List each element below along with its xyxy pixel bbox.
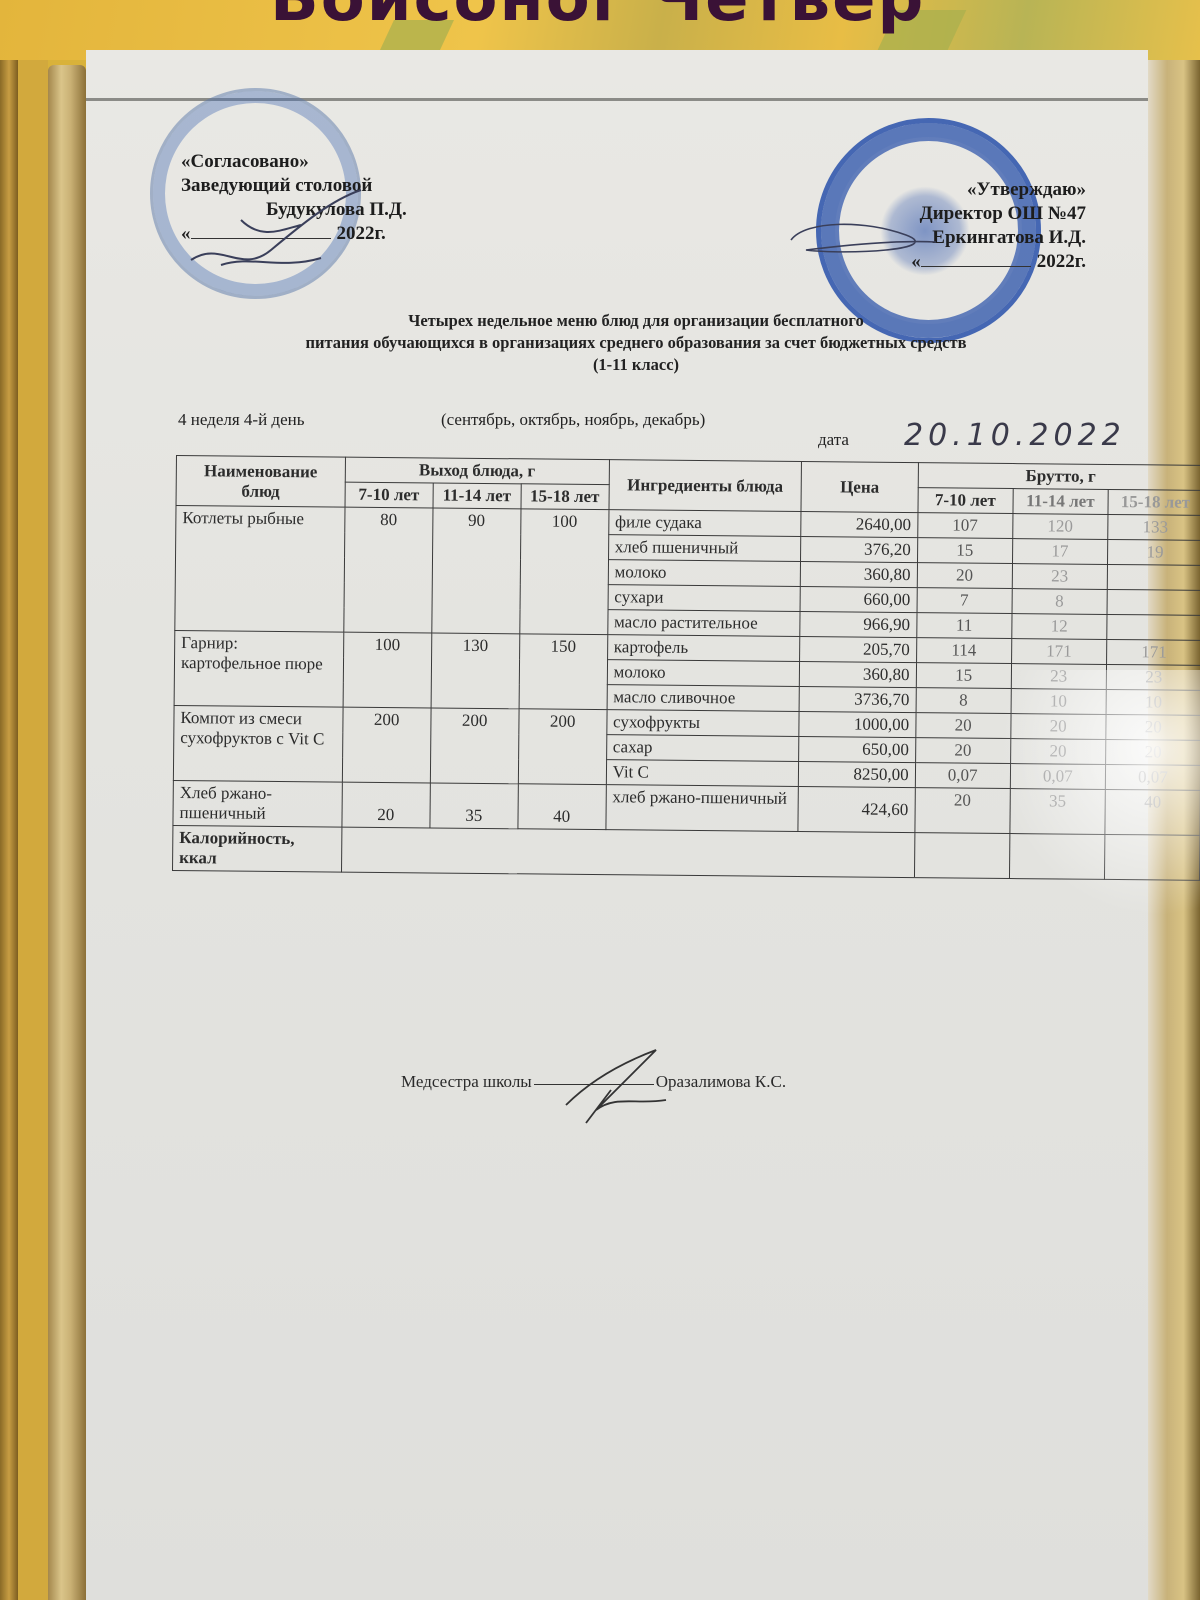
date-year: 2022г. <box>1037 251 1086 272</box>
document-title: Четырех недельное меню блюд для организа… <box>186 310 1086 376</box>
ingredient-name: масло растительное <box>607 610 800 637</box>
ingredient-price: 8250,00 <box>799 761 916 787</box>
ingredient-brutto-value <box>1107 589 1200 615</box>
calorie-7-10 <box>914 833 1010 879</box>
ingredient-brutto-value: 0,07 <box>1105 764 1200 790</box>
ingredient-price: 1000,00 <box>799 711 916 737</box>
ingredient-name: картофель <box>607 635 800 662</box>
ingredient-brutto-value: 107 <box>917 513 1012 539</box>
header-ingredients: Ингредиенты блюда <box>609 460 802 512</box>
header-brutto-11-14: 11-14 лет <box>1013 489 1108 515</box>
header-output-7-10: 7-10 лет <box>345 482 433 508</box>
calorie-label: Калорийность, ккал <box>173 825 342 872</box>
ingredient-brutto-value: 11 <box>916 613 1011 639</box>
ingredient-brutto-value: 40 <box>1105 789 1200 835</box>
handwritten-date: 20.10.2022 <box>904 418 1126 453</box>
dish-output-value: 200 <box>518 709 607 785</box>
dish-output-value: 20 <box>342 782 430 828</box>
ingredient-brutto-value: 19 <box>1107 539 1200 565</box>
dish-output-value: 80 <box>344 507 433 633</box>
ingredient-price: 360,80 <box>800 562 917 588</box>
ingredient-brutto-value: 20 <box>1106 714 1200 740</box>
ingredient-brutto-value: 23 <box>1011 664 1106 690</box>
dish-output-value: 130 <box>431 633 520 709</box>
ingredient-brutto-value: 8 <box>916 688 1011 714</box>
menu-document: «Согласовано» Заведующий столовой Будуку… <box>86 50 1148 1600</box>
ingredient-brutto-value: 23 <box>1012 564 1107 590</box>
ingredient-brutto-value: 171 <box>1011 639 1106 665</box>
ingredient-brutto-value: 20 <box>1105 739 1200 765</box>
calorie-row: Калорийность, ккал <box>173 825 1200 880</box>
dish-output-value: 150 <box>519 634 608 710</box>
ingredient-brutto-value: 20 <box>1010 739 1105 765</box>
ingredient-brutto-value: 12 <box>1012 614 1107 640</box>
dish-name: Гарнир: картофельное пюре <box>174 630 343 707</box>
header-output-15-18: 15-18 лет <box>521 484 609 510</box>
ingredient-name: хлеб ржано-пшеничный <box>606 785 799 832</box>
header-price: Цена <box>801 462 918 513</box>
ingredient-name: Vit C <box>606 760 799 787</box>
header-brutto-15-18: 15-18 лет <box>1108 489 1200 515</box>
ingredient-name: сухари <box>608 585 801 612</box>
ingredient-brutto-value: 23 <box>1106 664 1200 690</box>
dish-output-value: 100 <box>519 509 608 635</box>
ingredient-price: 205,70 <box>800 636 917 662</box>
dish-output-value: 100 <box>343 632 432 708</box>
signature-left-icon <box>181 180 381 280</box>
ingredient-brutto-value: 15 <box>917 538 1012 564</box>
display-frame-left <box>48 65 86 1600</box>
calorie-empty <box>341 827 914 877</box>
ingredient-price: 650,00 <box>799 736 916 762</box>
ingredient-brutto-value: 8 <box>1012 589 1107 615</box>
ingredient-brutto-value: 17 <box>1012 539 1107 565</box>
dish-output-value: 200 <box>342 707 431 783</box>
ingredient-brutto-value: 35 <box>1010 789 1106 835</box>
header-brutto: Брутто, г <box>918 463 1200 491</box>
dish-output-value: 90 <box>432 508 521 634</box>
week-day-label: 4 неделя 4-й день <box>178 410 304 430</box>
ingredient-name: молоко <box>608 560 801 587</box>
ingredient-price: 2640,00 <box>801 512 918 538</box>
ingredient-name: сахар <box>606 735 799 762</box>
ingredient-brutto-value: 0,07 <box>1010 764 1105 790</box>
ingredient-price: 966,90 <box>800 611 917 637</box>
ingredient-name: филе судака <box>608 510 801 537</box>
ingredient-name: хлеб пшеничный <box>608 535 801 562</box>
dish-name: Хлеб ржано-пшеничный <box>173 780 342 827</box>
ingredient-price: 360,80 <box>800 661 917 687</box>
title-line-2: питания обучающихся в организациях средн… <box>186 332 1086 354</box>
dish-output-value: 200 <box>430 708 519 784</box>
ingredient-brutto-value: 0,07 <box>915 763 1010 789</box>
ingredient-brutto-value: 20 <box>915 788 1011 834</box>
header-output-11-14: 11-14 лет <box>433 483 521 509</box>
ingredient-brutto-value: 120 <box>1013 514 1108 540</box>
date-label: дата <box>818 430 849 450</box>
title-line-3: (1-11 класс) <box>186 354 1086 376</box>
menu-table: Наименование блюд Выход блюда, г Ингреди… <box>172 455 1200 881</box>
ingredient-brutto-value: 20 <box>916 713 1011 739</box>
signature-right-icon <box>786 210 946 270</box>
ingredient-brutto-value: 114 <box>916 638 1011 664</box>
ingredient-brutto-value: 10 <box>1011 689 1106 715</box>
dish-output-value: 40 <box>518 784 606 830</box>
dish-output-value: 35 <box>430 783 518 829</box>
ingredient-name: масло сливочное <box>607 685 800 712</box>
dish-name: Котлеты рыбные <box>175 506 345 633</box>
dish-name: Компот из смеси сухофруктов с Vit C <box>173 705 342 782</box>
ingredient-name: молоко <box>607 660 800 687</box>
ingredient-brutto-value: 7 <box>917 588 1012 614</box>
ingredient-brutto-value: 133 <box>1108 514 1200 540</box>
ingredient-price: 660,00 <box>800 587 917 613</box>
banner-text: Бойсоног Четвер <box>270 0 1070 36</box>
nurse-role: Медсестра школы <box>401 1072 532 1091</box>
frame-gap <box>18 60 48 1600</box>
nurse-signature-icon <box>556 1045 676 1125</box>
ingredient-price: 424,60 <box>798 786 915 832</box>
ingredient-brutto-value: 20 <box>915 738 1010 764</box>
calorie-15-18 <box>1104 834 1200 880</box>
header-output: Выход блюда, г <box>345 457 609 485</box>
months-label: (сентябрь, октябрь, ноябрь, декабрь) <box>441 410 705 430</box>
ingredient-brutto-value: 20 <box>1011 714 1106 740</box>
title-line-1: Четырех недельное меню блюд для организа… <box>186 310 1086 332</box>
ingredient-name: сухофрукты <box>606 710 799 737</box>
ingredient-brutto-value <box>1107 614 1200 640</box>
header-brutto-7-10: 7-10 лет <box>918 488 1013 514</box>
ingredient-brutto-value: 171 <box>1106 639 1200 665</box>
display-frame-left-outer <box>0 60 18 1600</box>
calorie-11-14 <box>1009 834 1105 880</box>
header-dish-name: Наименование блюд <box>176 456 345 508</box>
ingredient-price: 376,20 <box>801 537 918 563</box>
approval-heading: «Утверждаю» <box>878 178 1086 202</box>
approval-heading: «Согласовано» <box>181 150 407 174</box>
ingredient-brutto-value: 20 <box>917 563 1012 589</box>
ingredient-brutto-value: 15 <box>916 663 1011 689</box>
ingredient-brutto-value: 10 <box>1106 689 1200 715</box>
ingredient-brutto-value <box>1107 564 1200 590</box>
ingredient-price: 3736,70 <box>799 686 916 712</box>
